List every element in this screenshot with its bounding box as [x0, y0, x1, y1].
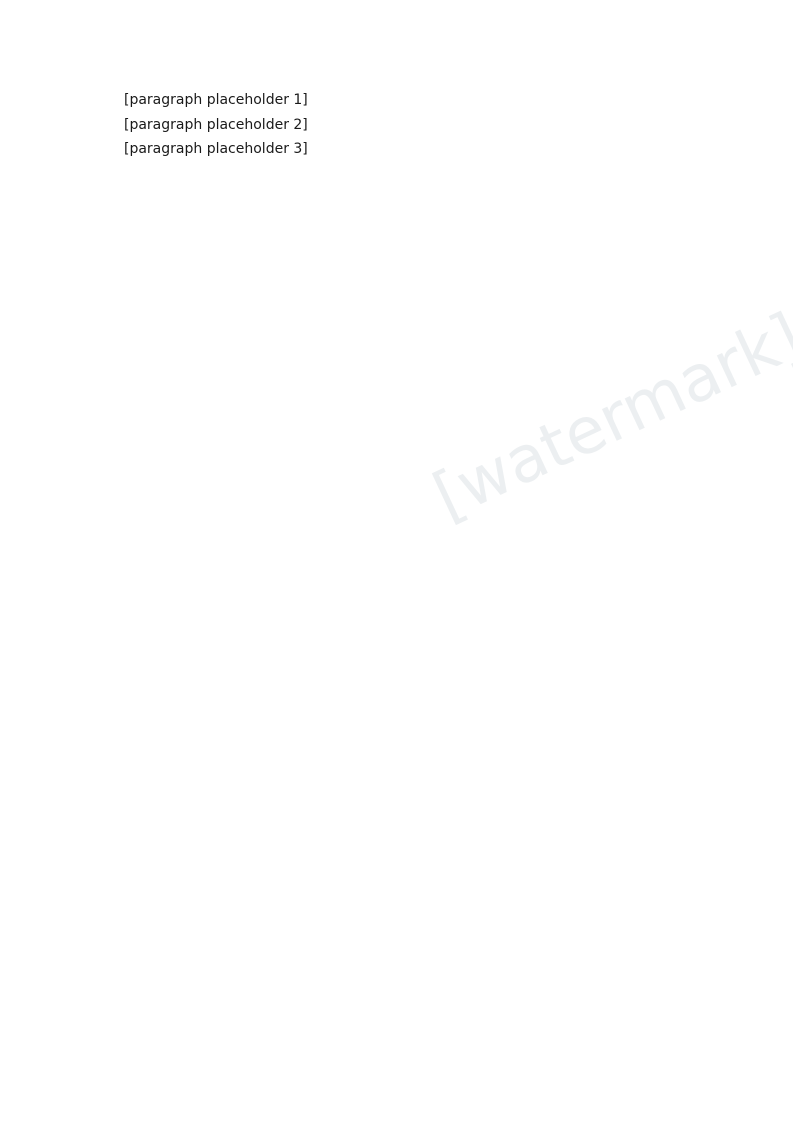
paragraph: [paragraph placeholder 2]	[96, 113, 697, 138]
page-text: [paragraph placeholder 1][paragraph plac…	[96, 88, 697, 162]
paragraph: [paragraph placeholder 1]	[96, 88, 697, 113]
paragraph: [paragraph placeholder 3]	[96, 137, 697, 162]
watermark-text: [watermark]	[423, 300, 793, 534]
document-page: [watermark] [paragraph placeholder 1][pa…	[0, 0, 793, 1122]
